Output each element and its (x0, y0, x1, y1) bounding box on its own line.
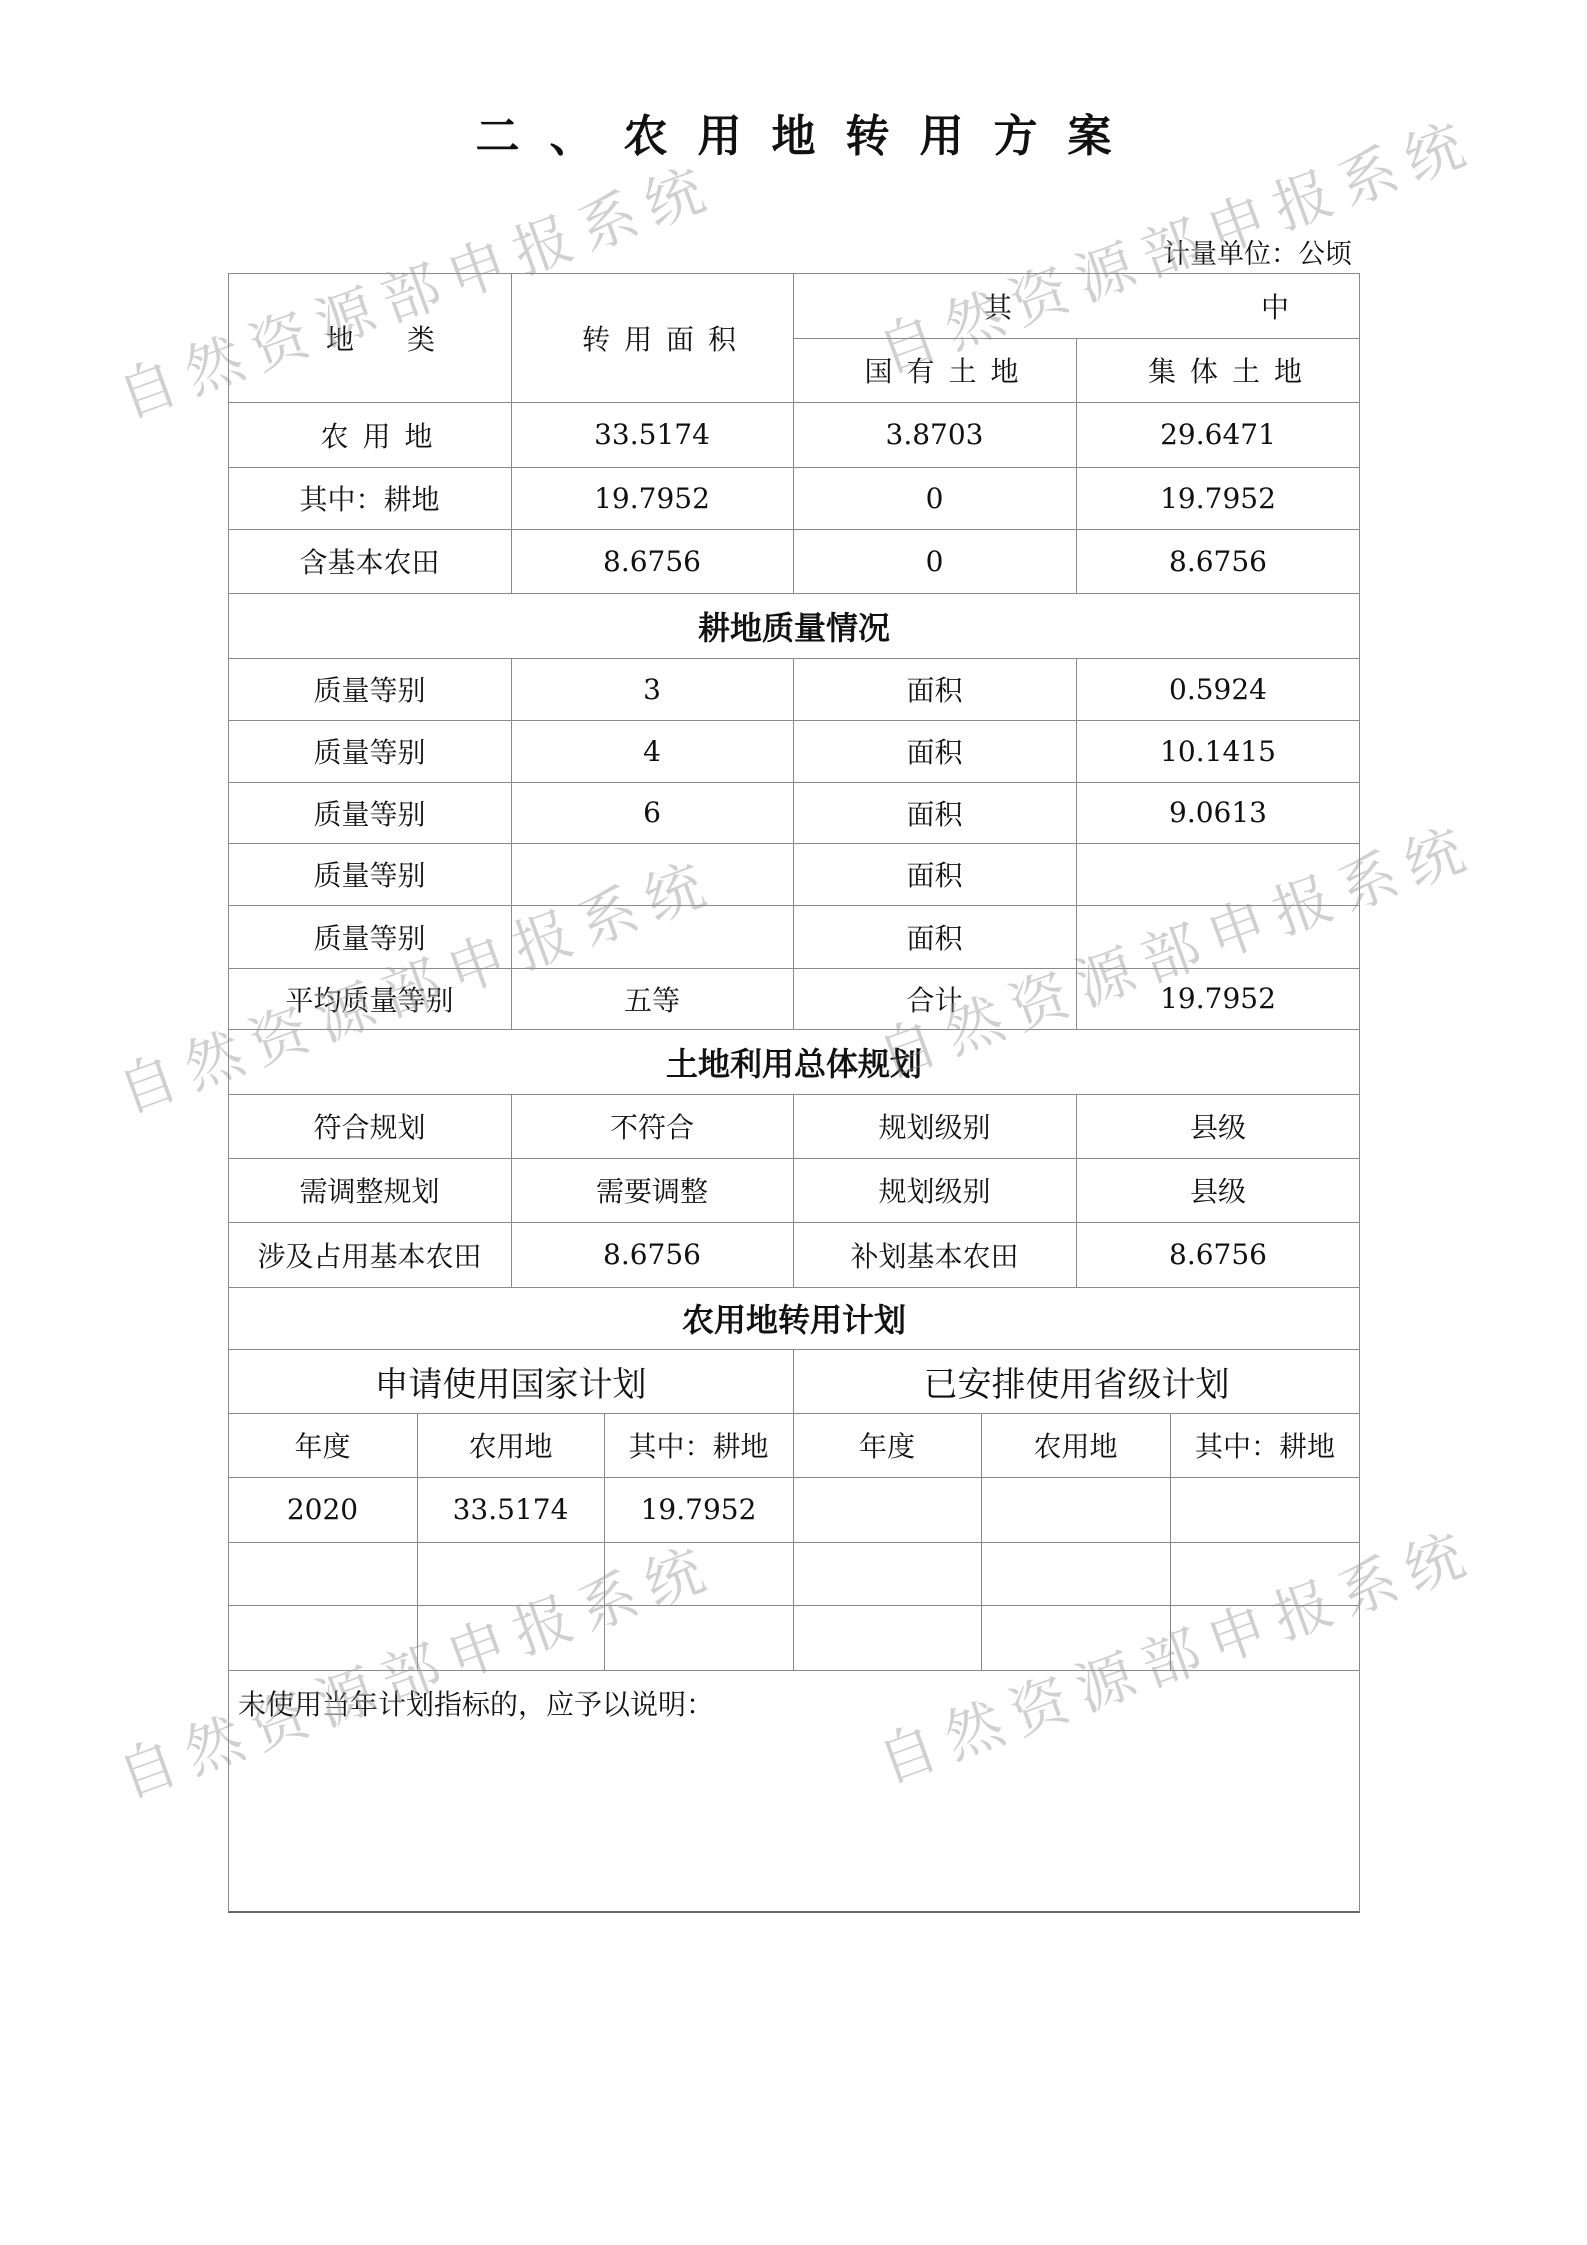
average-grade-label: 平均质量等别 (228, 968, 511, 1029)
planning-label: 符合规划 (228, 1094, 511, 1158)
plan-cell (1170, 1542, 1360, 1605)
plan-cell: 2020 (228, 1477, 417, 1542)
cultivated-collective: 19.7952 (1076, 467, 1360, 529)
plan-cell (981, 1477, 1170, 1542)
table-border-bottom (228, 1911, 1360, 1913)
row-label-basic-farmland: 含基本农田 (228, 529, 511, 593)
plan-cell (981, 1542, 1170, 1605)
header-state-owned: 国有土地 (793, 338, 1090, 402)
quality-label: 质量等别 (228, 720, 511, 782)
plan-cell (417, 1605, 604, 1670)
national-plan-title: 申请使用国家计划 (228, 1349, 793, 1413)
section-title-quality: 耕地质量情况 (228, 593, 1360, 658)
col-header-year: 年度 (228, 1413, 417, 1477)
planning-value2: 8.6756 (1076, 1222, 1360, 1287)
unit-label: 计量单位：公顷 (1163, 232, 1352, 271)
quality-area-label: 面积 (793, 658, 1076, 720)
farmland-state: 3.8703 (793, 402, 1076, 467)
header-collective: 集体土地 (1076, 338, 1374, 402)
basic-farmland-state: 0 (793, 529, 1076, 593)
quality-area-label: 面积 (793, 905, 1076, 968)
cultivated-area: 19.7952 (511, 467, 793, 529)
plan-cell (793, 1605, 981, 1670)
header-land-type: 地 类 (228, 273, 533, 402)
conversion-plan-table: 地 类 转用面积 其 中 国有土地 集体土地 农用地 33.5174 3.870… (228, 273, 1360, 1912)
quality-area-label: 面积 (793, 720, 1076, 782)
plan-cell (1170, 1605, 1360, 1670)
quality-area: 9.0613 (1076, 782, 1360, 843)
plan-cell (604, 1542, 793, 1605)
quality-label: 质量等别 (228, 658, 511, 720)
provincial-plan-title: 已安排使用省级计划 (793, 1349, 1360, 1413)
quality-label: 质量等别 (228, 905, 511, 968)
quality-area-label: 面积 (793, 782, 1076, 843)
header-conversion-area: 转用面积 (511, 273, 807, 402)
section-title-planning: 土地利用总体规划 (228, 1029, 1360, 1094)
plan-cell (417, 1542, 604, 1605)
plan-cell: 33.5174 (417, 1477, 604, 1542)
total-label: 合计 (793, 968, 1076, 1029)
cultivated-state: 0 (793, 467, 1076, 529)
planning-value2: 县级 (1076, 1158, 1360, 1222)
plan-cell (981, 1605, 1170, 1670)
quality-grade: 6 (511, 782, 793, 843)
plan-cell (793, 1477, 981, 1542)
quality-grade (511, 905, 793, 968)
col-header-year: 年度 (793, 1413, 981, 1477)
total-area: 19.7952 (1076, 968, 1360, 1029)
planning-value: 不符合 (511, 1094, 793, 1158)
quality-label: 质量等别 (228, 782, 511, 843)
quality-grade: 3 (511, 658, 793, 720)
plan-cell (793, 1542, 981, 1605)
row-label-cultivated: 其中：耕地 (228, 467, 511, 529)
average-grade: 五等 (511, 968, 793, 1029)
document-title: 二、农用地转用方案 (0, 100, 1587, 164)
plan-cell (604, 1605, 793, 1670)
col-header-farmland: 农用地 (981, 1413, 1170, 1477)
notes-label: 未使用当年计划指标的，应予以说明： (238, 1683, 714, 1723)
header-of-which: 其 中 (793, 273, 1480, 338)
planning-label: 涉及占用基本农田 (228, 1222, 511, 1287)
quality-area-label: 面积 (793, 843, 1076, 905)
planning-label: 需调整规划 (228, 1158, 511, 1222)
planning-value: 需要调整 (511, 1158, 793, 1222)
row-label-farmland: 农用地 (228, 402, 525, 467)
row-divider (228, 1670, 1360, 1671)
plan-cell (228, 1605, 417, 1670)
farmland-area: 33.5174 (511, 402, 793, 467)
quality-area: 0.5924 (1076, 658, 1360, 720)
quality-area (1076, 905, 1360, 968)
planning-label2: 规划级别 (793, 1158, 1076, 1222)
farmland-collective: 29.6471 (1076, 402, 1360, 467)
col-header-cultivated: 其中：耕地 (604, 1413, 793, 1477)
plan-cell (228, 1542, 417, 1605)
planning-value2: 县级 (1076, 1094, 1360, 1158)
col-header-cultivated: 其中：耕地 (1170, 1413, 1360, 1477)
planning-label2: 补划基本农田 (793, 1222, 1076, 1287)
quality-label: 质量等别 (228, 843, 511, 905)
planning-value: 8.6756 (511, 1222, 793, 1287)
basic-farmland-area: 8.6756 (511, 529, 793, 593)
quality-grade: 4 (511, 720, 793, 782)
section-title-plan: 农用地转用计划 (228, 1287, 1360, 1349)
col-header-farmland: 农用地 (417, 1413, 604, 1477)
plan-cell (1170, 1477, 1360, 1542)
quality-area (1076, 843, 1360, 905)
basic-farmland-collective: 8.6756 (1076, 529, 1360, 593)
planning-label2: 规划级别 (793, 1094, 1076, 1158)
quality-grade (511, 843, 793, 905)
quality-area: 10.1415 (1076, 720, 1360, 782)
plan-cell: 19.7952 (604, 1477, 793, 1542)
